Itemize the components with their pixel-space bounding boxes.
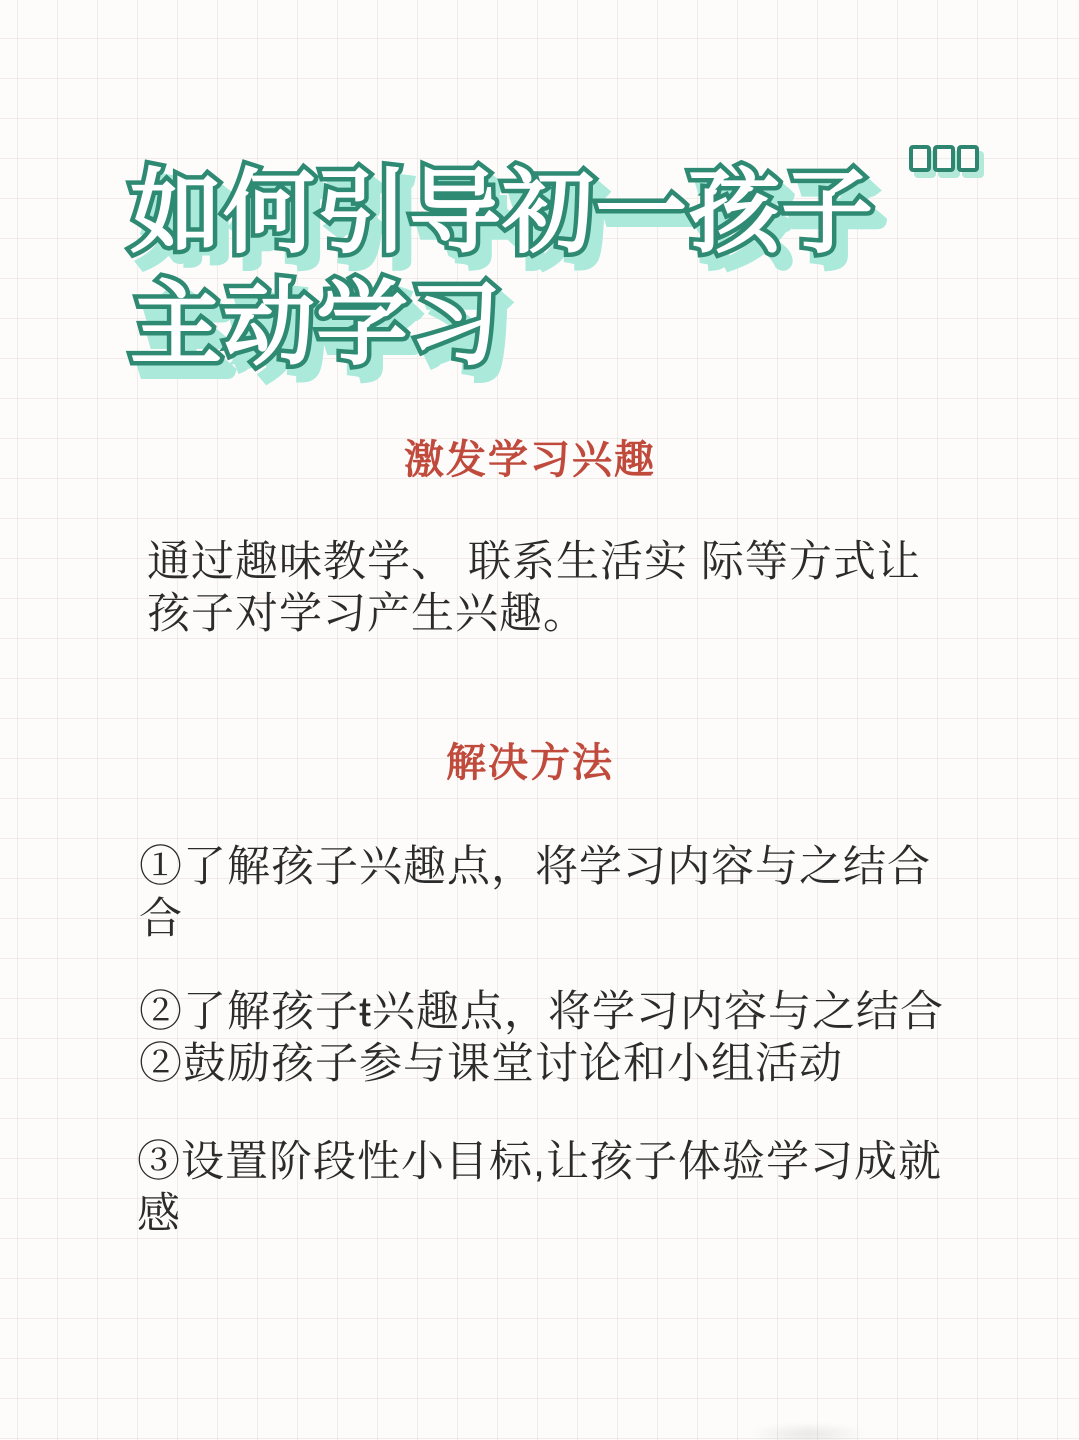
- section-body-spark-interest: 通过趣味教学、 联系生活实 际等方式让 孩子对学习产生兴趣。: [147, 536, 921, 640]
- section-heading-spark-interest: 激发学习兴趣: [0, 436, 1060, 484]
- bottom-smudge: [728, 1420, 888, 1440]
- square-icon: [957, 145, 979, 172]
- square-icon: [933, 145, 955, 172]
- square-icon: [909, 145, 931, 172]
- title-line-2: 主动学习 主动学习 主动学习: [130, 269, 874, 381]
- title-line-2-text: 主动学习: [130, 274, 502, 376]
- solution-item-2: ②了解孩子ŧ兴趣点，将学习内容与之结合 ②鼓励孩子参与课堂讨论和小组活动: [139, 986, 944, 1090]
- solution-item-3: ③设置阶段性小目标,让孩子体验学习成就 感: [137, 1136, 942, 1240]
- section-heading-solutions: 解决方法: [0, 739, 1060, 787]
- ellipsis-squares-icon: [909, 145, 979, 172]
- title-line-1: 如何引导初一孩子 如何引导初一孩子 如何引导初一孩子: [130, 157, 874, 269]
- title-line-1-text: 如何引导初一孩子: [130, 162, 874, 264]
- poster-title: 如何引导初一孩子 如何引导初一孩子 如何引导初一孩子 主动学习 主动学习 主动学…: [130, 157, 874, 381]
- solution-item-1: ①了解孩子兴趣点，将学习内容与之结合 合: [139, 841, 931, 945]
